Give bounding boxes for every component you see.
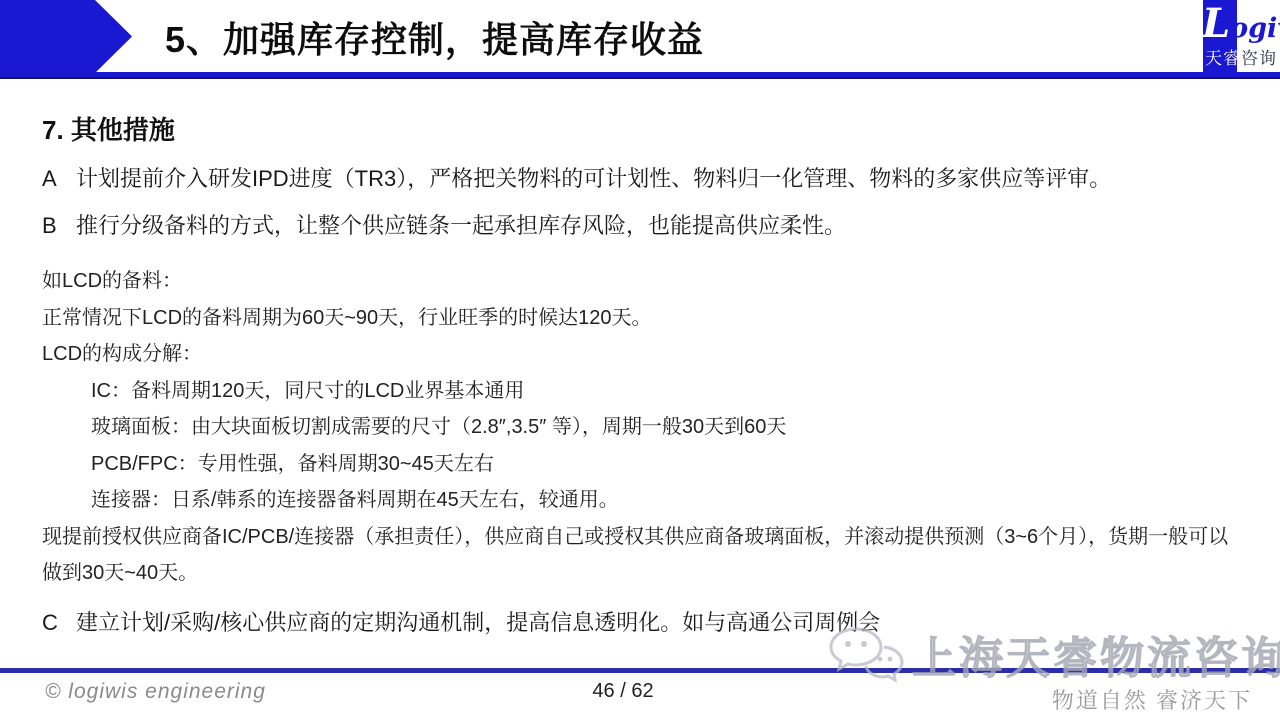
detail-line-ic: IC：备料周期120天，同尺寸的LCD业界基本通用: [42, 373, 1242, 410]
section-title: 7. 其他措施: [42, 110, 1242, 147]
footer-divider-line: [0, 668, 1280, 673]
logo-subtitle-right: 咨询: [1241, 49, 1277, 68]
page-number: 46 / 62: [592, 680, 653, 703]
bullet-label: A: [42, 164, 76, 194]
bullet-item-b: B推行分级备料的方式，让整个供应链条一起承担库存风险，也能提高供应柔性。: [42, 211, 1242, 241]
slide-header: 5、加强库存控制，提高库存收益 Logiwis 天睿咨询: [0, 0, 1280, 80]
detail-line-pcb: PCB/FPC：专用性强，备料周期30~45天左右: [42, 446, 1242, 483]
detail-line: LCD的构成分解：: [42, 336, 1242, 373]
bullet-item-a: A计划提前介入研发IPD进度（TR3），严格把关物料的可计划性、物料归一化管理、…: [42, 164, 1242, 194]
lcd-detail-block: 如LCD的备料： 正常情况下LCD的备料周期为60天~90天，行业旺季的时候达1…: [42, 263, 1242, 592]
bullet-item-c: C建立计划/采购/核心供应商的定期沟通机制，提高信息透明化。如与高通公司周例会: [42, 608, 1242, 638]
bullet-text: 计划提前介入研发IPD进度（TR3），严格把关物料的可计划性、物料归一化管理、物…: [76, 166, 1111, 191]
logo-subtitle-left: 天睿: [1205, 49, 1241, 68]
bullet-text: 推行分级备料的方式，让整个供应链条一起承担库存风险，也能提高供应柔性。: [76, 213, 846, 238]
presentation-slide: 5、加强库存控制，提高库存收益 Logiwis 天睿咨询 7. 其他措施 A计划…: [0, 0, 1280, 720]
footer: © logiwis engineering 46 / 62 物道自然 睿济天下: [0, 676, 1280, 720]
header-arrow-shape: [0, 0, 132, 73]
slide-body: 7. 其他措施 A计划提前介入研发IPD进度（TR3），严格把关物料的可计划性、…: [42, 80, 1242, 638]
detail-line: 如LCD的备料：: [42, 263, 1242, 300]
header-divider-line: [0, 72, 1280, 79]
detail-line-connector: 连接器：日系/韩系的连接器备料周期在45天左右，较通用。: [42, 482, 1242, 519]
bullet-text: 建立计划/采购/核心供应商的定期沟通机制，提高信息透明化。如与高通公司周例会: [76, 610, 880, 635]
bullet-label: B: [42, 211, 76, 241]
copyright-text: © logiwis engineering: [45, 680, 266, 704]
slide-title: 5、加强库存控制，提高库存收益: [165, 0, 704, 74]
bullet-label: C: [42, 608, 76, 638]
detail-paragraph: 现提前授权供应商备IC/PCB/连接器（承担责任），供应商自己或授权其供应商备玻…: [42, 519, 1237, 592]
logo-subtitle: 天睿咨询: [1205, 44, 1277, 69]
detail-line-glass: 玻璃面板：由大块面板切割成需要的尺寸（2.8″,3.5″ 等），周期一般30天到…: [42, 409, 1242, 446]
detail-line: 正常情况下LCD的备料周期为60天~90天，行业旺季的时候达120天。: [42, 300, 1242, 337]
footer-slogan: 物道自然 睿济天下: [1052, 684, 1252, 715]
